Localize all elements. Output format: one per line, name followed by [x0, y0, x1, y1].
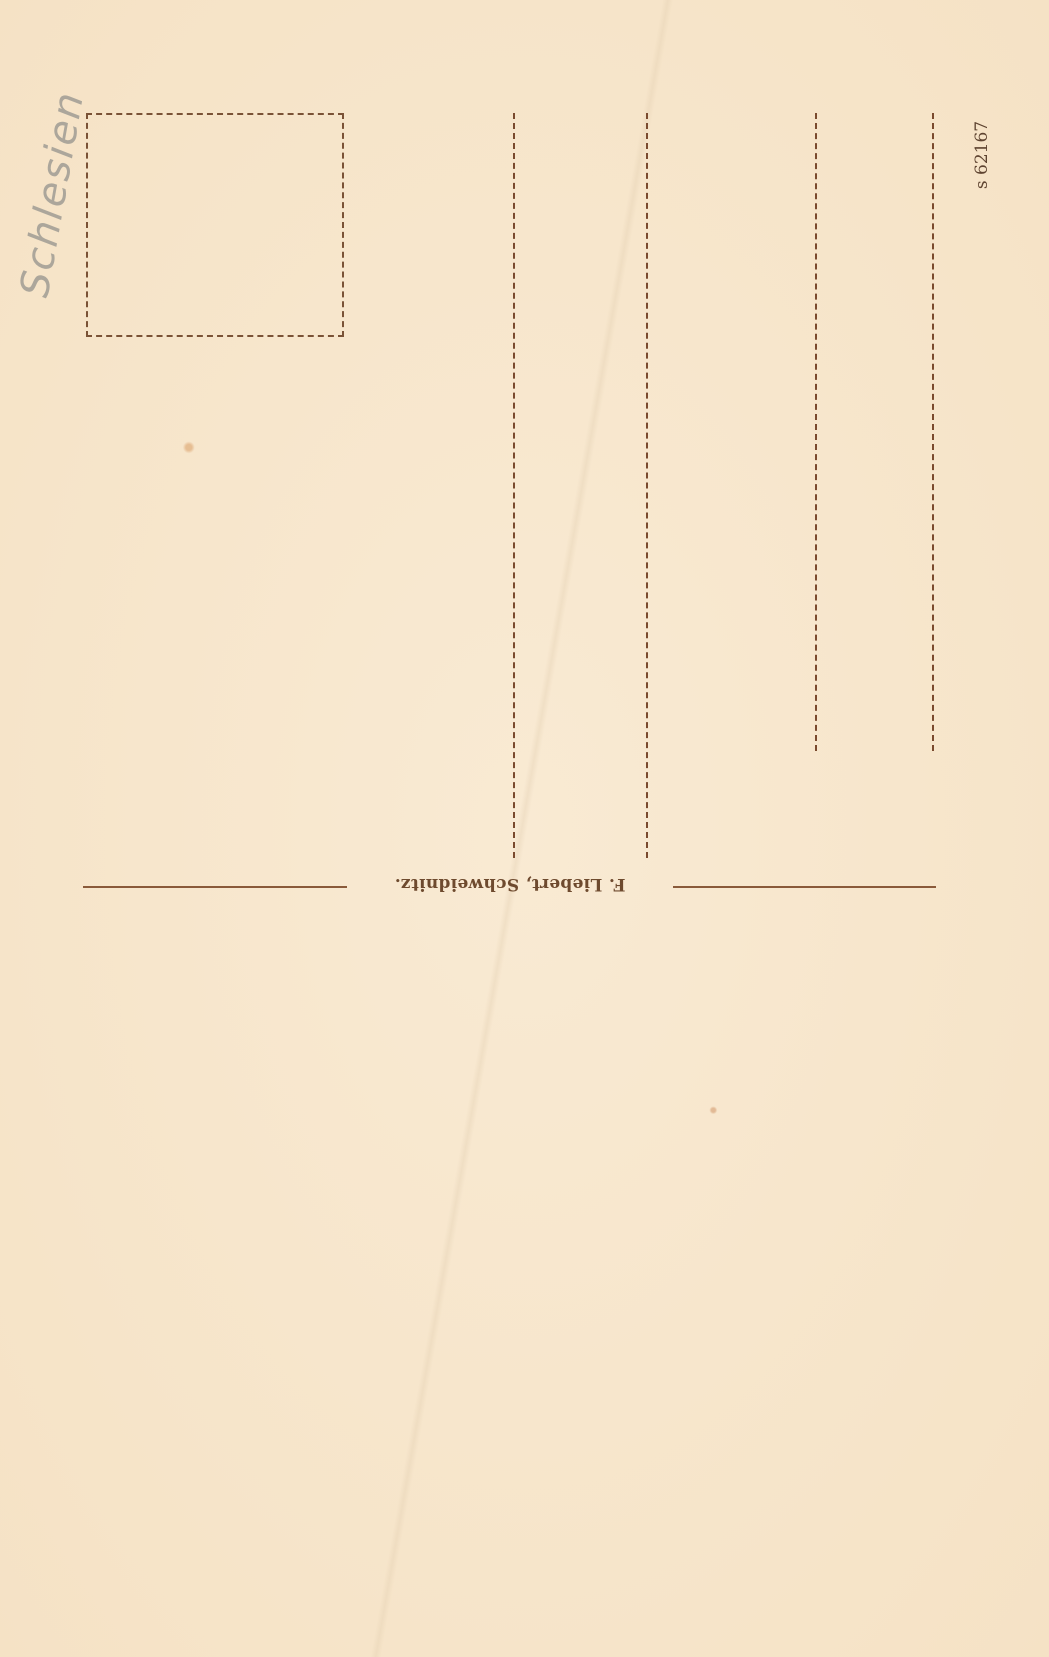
publisher-rule-right	[673, 886, 936, 888]
handwritten-note: Schlesien	[12, 115, 89, 300]
divider-line-right	[646, 113, 648, 858]
serial-number: s 62167	[972, 105, 992, 205]
publisher-imprint: F. Liebert, Schweidnitz.	[360, 874, 660, 894]
divider-line-left	[513, 113, 515, 858]
address-line-2	[932, 113, 934, 751]
publisher-rule-left	[83, 886, 347, 888]
address-line-1	[815, 113, 817, 751]
stamp-placement-box	[86, 113, 344, 337]
